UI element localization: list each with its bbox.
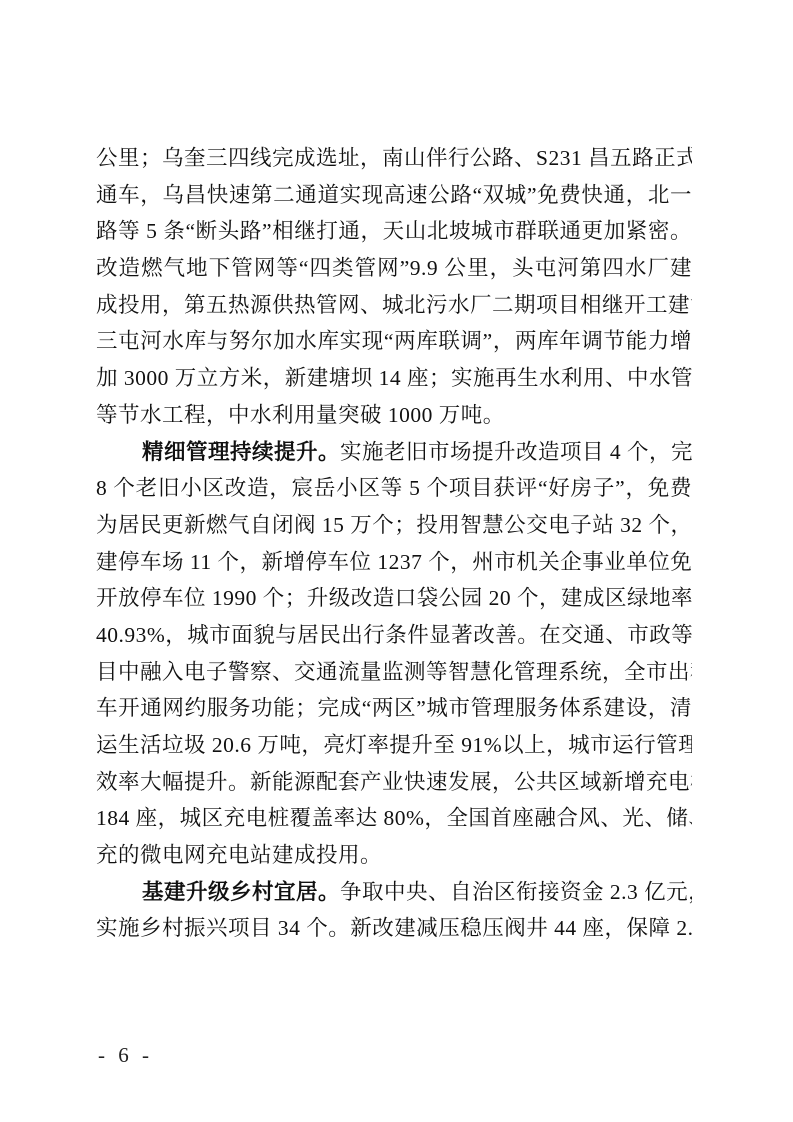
text-segment: 路等 5 条“断头路”相继打通，天山北坡城市群联通更加紧密。 — [96, 219, 692, 243]
text-segment: 8 个老旧小区改造，宸岳小区等 5 个项目获评“好房子”，免费 — [96, 476, 692, 500]
text-segment: 充的微电网充电站建成投用。 — [96, 843, 382, 867]
text-line: 加 3000 万立方米，新建塘坝 14 座；实施再生水利用、中水管线 — [96, 360, 692, 397]
text-line: 改造燃气地下管网等“四类管网”9.9 公里，头屯河第四水厂建 — [96, 250, 692, 287]
paragraph-lead: 精细管理持续提升。 — [142, 440, 340, 464]
text-line: 精细管理持续提升。实施老旧市场提升改造项目 4 个，完成 — [96, 434, 692, 471]
text-line: 实施乡村振兴项目 34 个。新改建减压稳压阀井 44 座，保障 2.3 — [96, 910, 692, 947]
text-line: 开放停车位 1990 个；升级改造口袋公园 20 个，建成区绿地率达 — [96, 580, 692, 617]
text-segment: 184 座，城区充电桩覆盖率达 80%，全国首座融合风、光、储、 — [96, 806, 692, 830]
text-segment: 加 3000 万立方米，新建塘坝 14 座；实施再生水利用、中水管线 — [96, 366, 692, 390]
text-line: 三屯河水库与努尔加水库实现“两库联调”，两库年调节能力增 — [96, 323, 692, 360]
text-segment: 开放停车位 1990 个；升级改造口袋公园 20 个，建成区绿地率达 — [96, 586, 692, 610]
text-segment: 通车，乌昌快速第二通道实现高速公路“双城”免费快通，北一 — [96, 183, 692, 207]
text-line: 建停车场 11 个，新增停车位 1237 个，州市机关企事业单位免费 — [96, 544, 692, 581]
text-segment: 公里；乌奎三四线完成选址，南山伴行公路、S231 昌五路正式 — [96, 146, 692, 170]
text-segment: 车开通网约服务功能；完成“两区”城市管理服务体系建设，清 — [96, 696, 692, 720]
text-segment: 实施乡村振兴项目 34 个。新改建减压稳压阀井 44 座，保障 2.3 — [96, 916, 692, 940]
text-line: 184 座，城区充电桩覆盖率达 80%，全国首座融合风、光、储、 — [96, 800, 692, 837]
text-line: 路等 5 条“断头路”相继打通，天山北坡城市群联通更加紧密。 — [96, 213, 692, 250]
text-segment: 效率大幅提升。新能源配套产业快速发展，公共区域新增充电桩 — [96, 770, 692, 794]
text-segment: 实施老旧市场提升改造项目 4 个，完成 — [340, 440, 692, 464]
text-line: 40.93%，城市面貌与居民出行条件显著改善。在交通、市政等项 — [96, 617, 692, 654]
text-line: 成投用，第五热源供热管网、城北污水厂二期项目相继开工建设。 — [96, 287, 692, 324]
text-segment: 目中融入电子警察、交通流量监测等智慧化管理系统，全市出租 — [96, 660, 692, 684]
text-line: 目中融入电子警察、交通流量监测等智慧化管理系统，全市出租 — [96, 654, 692, 691]
text-line: 基建升级乡村宜居。争取中央、自治区衔接资金 2.3 亿元， — [96, 874, 692, 911]
text-line: 公里；乌奎三四线完成选址，南山伴行公路、S231 昌五路正式 — [96, 140, 692, 177]
text-line: 充的微电网充电站建成投用。 — [96, 837, 692, 874]
text-segment: 等节水工程，中水利用量突破 1000 万吨。 — [96, 403, 505, 427]
document-page: 公里；乌奎三四线完成选址，南山伴行公路、S231 昌五路正式通车，乌昌快速第二通… — [0, 0, 793, 1122]
text-segment: 改造燃气地下管网等“四类管网”9.9 公里，头屯河第四水厂建 — [96, 256, 692, 280]
text-line: 车开通网约服务功能；完成“两区”城市管理服务体系建设，清 — [96, 690, 692, 727]
text-line: 效率大幅提升。新能源配套产业快速发展，公共区域新增充电桩 — [96, 764, 692, 801]
text-segment: 建停车场 11 个，新增停车位 1237 个，州市机关企事业单位免费 — [96, 550, 692, 574]
text-line: 运生活垃圾 20.6 万吨，亮灯率提升至 91%以上，城市运行管理 — [96, 727, 692, 764]
text-segment: 成投用，第五热源供热管网、城北污水厂二期项目相继开工建设。 — [96, 293, 692, 317]
text-segment: 为居民更新燃气自闭阀 15 万个；投用智慧公交电子站 32 个，新 — [96, 513, 692, 537]
document-body: 公里；乌奎三四线完成选址，南山伴行公路、S231 昌五路正式通车，乌昌快速第二通… — [96, 140, 692, 947]
text-segment: 运生活垃圾 20.6 万吨，亮灯率提升至 91%以上，城市运行管理 — [96, 733, 692, 757]
text-segment: 40.93%，城市面貌与居民出行条件显著改善。在交通、市政等项 — [96, 623, 692, 647]
paragraph-lead: 基建升级乡村宜居。 — [142, 880, 340, 904]
text-line: 8 个老旧小区改造，宸岳小区等 5 个项目获评“好房子”，免费 — [96, 470, 692, 507]
text-line: 等节水工程，中水利用量突破 1000 万吨。 — [96, 397, 692, 434]
page-number: - 6 - — [98, 1040, 153, 1070]
text-segment: 三屯河水库与努尔加水库实现“两库联调”，两库年调节能力增 — [96, 329, 692, 353]
text-line: 为居民更新燃气自闭阀 15 万个；投用智慧公交电子站 32 个，新 — [96, 507, 692, 544]
text-segment: 争取中央、自治区衔接资金 2.3 亿元， — [340, 880, 692, 904]
text-line: 通车，乌昌快速第二通道实现高速公路“双城”免费快通，北一 — [96, 177, 692, 214]
